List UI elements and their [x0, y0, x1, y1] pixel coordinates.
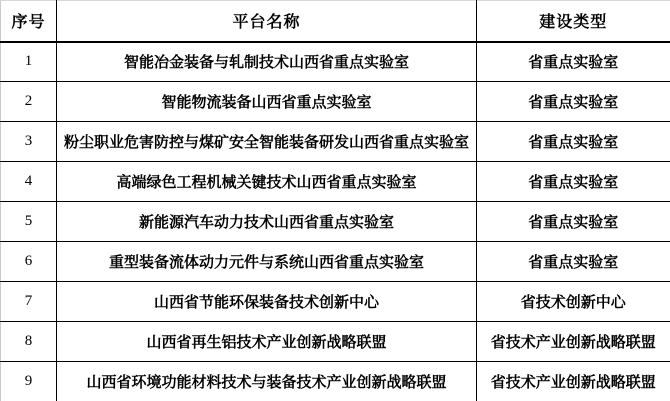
table-row: 1 智能冶金装备与轧制技术山西省重点实验室 省重点实验室 [1, 42, 670, 82]
col-header-serial-number: 序号 [1, 1, 57, 42]
platform-name-cell: 粉尘职业危害防控与煤矿安全智能装备研发山西省重点实验室 [57, 122, 477, 162]
table-row: 2 智能物流装备山西省重点实验室 省重点实验室 [1, 82, 670, 122]
serial-number-cell: 1 [1, 42, 57, 82]
build-type-cell: 省技术创新中心 [477, 282, 670, 322]
serial-number-cell: 9 [1, 362, 57, 401]
table-row: 8 山西省再生铝技术产业创新战略联盟 省技术产业创新战略联盟 [1, 322, 670, 362]
serial-number-cell: 3 [1, 122, 57, 162]
serial-number-cell: 4 [1, 162, 57, 202]
build-type-cell: 省重点实验室 [477, 162, 670, 202]
col-header-platform-name: 平台名称 [57, 1, 477, 42]
build-type-cell: 省重点实验室 [477, 82, 670, 122]
platform-name-cell: 山西省环境功能材料技术与装备技术产业创新战略联盟 [57, 362, 477, 401]
serial-number-cell: 7 [1, 282, 57, 322]
table-row: 3 粉尘职业危害防控与煤矿安全智能装备研发山西省重点实验室 省重点实验室 [1, 122, 670, 162]
build-type-cell: 省重点实验室 [477, 42, 670, 82]
platform-name-cell: 山西省节能环保装备技术创新中心 [57, 282, 477, 322]
serial-number-cell: 5 [1, 202, 57, 242]
platform-table: 序号 平台名称 建设类型 1 智能冶金装备与轧制技术山西省重点实验室 省重点实验… [0, 0, 670, 401]
serial-number-cell: 8 [1, 322, 57, 362]
build-type-cell: 省重点实验室 [477, 122, 670, 162]
table-row: 6 重型装备流体动力元件与系统山西省重点实验室 省重点实验室 [1, 242, 670, 282]
platform-name-cell: 重型装备流体动力元件与系统山西省重点实验室 [57, 242, 477, 282]
build-type-cell: 省技术产业创新战略联盟 [477, 362, 670, 401]
platform-name-cell: 山西省再生铝技术产业创新战略联盟 [57, 322, 477, 362]
table-row: 7 山西省节能环保装备技术创新中心 省技术创新中心 [1, 282, 670, 322]
page: 序号 平台名称 建设类型 1 智能冶金装备与轧制技术山西省重点实验室 省重点实验… [0, 0, 670, 401]
table-row: 4 高端绿色工程机械关键技术山西省重点实验室 省重点实验室 [1, 162, 670, 202]
build-type-cell: 省重点实验室 [477, 202, 670, 242]
serial-number-cell: 2 [1, 82, 57, 122]
build-type-cell: 省技术产业创新战略联盟 [477, 322, 670, 362]
platform-name-cell: 智能物流装备山西省重点实验室 [57, 82, 477, 122]
platform-name-cell: 高端绿色工程机械关键技术山西省重点实验室 [57, 162, 477, 202]
platform-name-cell: 智能冶金装备与轧制技术山西省重点实验室 [57, 42, 477, 82]
platform-name-cell: 新能源汽车动力技术山西省重点实验室 [57, 202, 477, 242]
table-row: 5 新能源汽车动力技术山西省重点实验室 省重点实验室 [1, 202, 670, 242]
table-row: 9 山西省环境功能材料技术与装备技术产业创新战略联盟 省技术产业创新战略联盟 [1, 362, 670, 401]
col-header-build-type: 建设类型 [477, 1, 670, 42]
serial-number-cell: 6 [1, 242, 57, 282]
build-type-cell: 省重点实验室 [477, 242, 670, 282]
table-header-row: 序号 平台名称 建设类型 [1, 1, 670, 42]
